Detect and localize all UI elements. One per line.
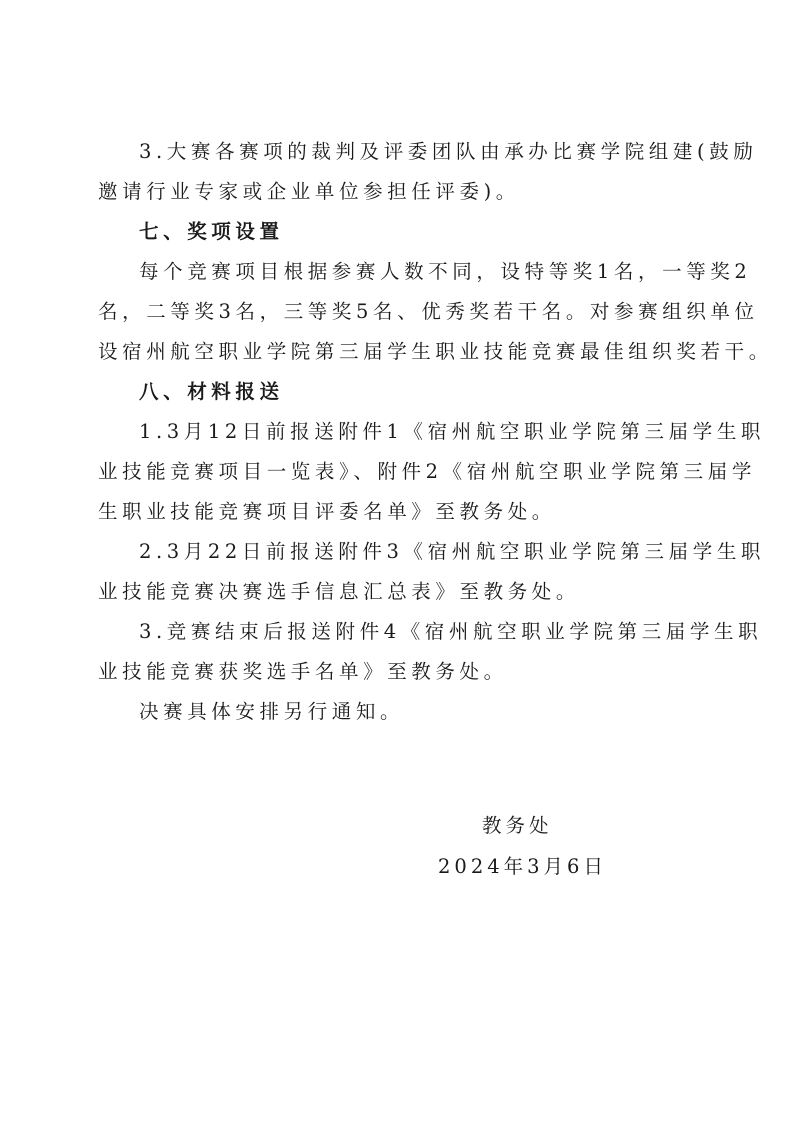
paragraph-line: 业技能竞赛获奖选手名单》至教务处。 bbox=[98, 658, 698, 686]
paragraph-line: 名，二等奖3名，三等奖5名、优秀奖若干名。对参赛组织单位 bbox=[98, 298, 698, 326]
section-heading-awards: 七、奖项设置 bbox=[139, 218, 739, 246]
paragraph-line: 3.竞赛结束后报送附件4《宿州航空职业学院第三届学生职 bbox=[139, 618, 739, 646]
paragraph-line: 邀请行业专家或企业单位参担任评委)。 bbox=[98, 178, 698, 206]
document-page: 3.大赛各赛项的裁判及评委团队由承办比赛学院组建(鼓励 邀请行业专家或企业单位参… bbox=[0, 0, 793, 1122]
paragraph-line: 3.大赛各赛项的裁判及评委团队由承办比赛学院组建(鼓励 bbox=[139, 138, 739, 166]
paragraph-line: 生职业技能竞赛项目评委名单》至教务处。 bbox=[98, 498, 698, 526]
paragraph-line: 决赛具体安排另行通知。 bbox=[139, 698, 739, 726]
signature-date: 2024年3月6日 bbox=[438, 853, 607, 881]
paragraph-line: 业技能竞赛决赛选手信息汇总表》至教务处。 bbox=[98, 578, 698, 606]
paragraph-line: 1.3月12日前报送附件1《宿州航空职业学院第三届学生职 bbox=[139, 418, 739, 446]
paragraph-line: 业技能竞赛项目一览表》、附件2《宿州航空职业学院第三届学 bbox=[98, 458, 698, 486]
paragraph-line: 每个竞赛项目根据参赛人数不同，设特等奖1名，一等奖2 bbox=[139, 258, 739, 286]
section-heading-materials: 八、材料报送 bbox=[139, 378, 739, 406]
paragraph-line: 2.3月22日前报送附件3《宿州航空职业学院第三届学生职 bbox=[139, 538, 739, 566]
signature-department: 教务处 bbox=[482, 812, 553, 840]
paragraph-line: 设宿州航空职业学院第三届学生职业技能竞赛最佳组织奖若干。 bbox=[98, 338, 698, 366]
